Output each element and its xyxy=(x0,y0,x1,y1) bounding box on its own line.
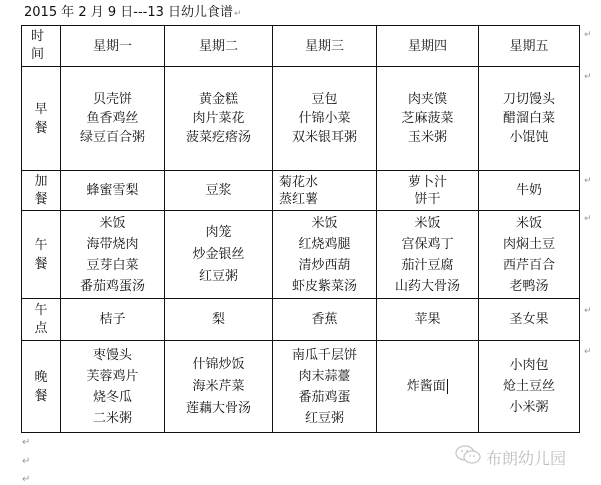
watermark: 布朗幼儿园 xyxy=(454,444,566,470)
paragraph-mark: ↵ xyxy=(22,474,30,485)
dish: 桔子 xyxy=(61,310,164,329)
dish: 什锦小菜 xyxy=(273,109,376,128)
afternoon-snack-row: 午点 桔子 梨 香蕉 苹果 圣女果 xyxy=(22,299,580,341)
dish: 番茄鸡蛋 xyxy=(273,387,376,408)
dinner-row: 晚餐 枣馒头 芙蓉鸡片 烧冬瓜 二米粥 什锦炒饭 海米芹菜 莲藕大骨汤 南瓜千层… xyxy=(22,341,580,433)
day-header-fri[interactable]: 星期五 xyxy=(479,26,580,67)
dish: 牛奶 xyxy=(479,181,579,200)
dish: 圣女果 xyxy=(479,310,579,329)
row-end-mark: ↵ xyxy=(584,214,592,224)
dish: 海米芹菜 xyxy=(165,376,272,398)
dish: 苹果 xyxy=(377,310,478,329)
meal-label: 早餐 xyxy=(33,100,49,138)
dish: 米饭 xyxy=(479,213,579,234)
menu-cell[interactable]: 豆浆 xyxy=(165,171,273,211)
dish: 贝壳饼 xyxy=(61,90,164,109)
dish: 肉夹馍 xyxy=(377,90,478,109)
dish: 海带烧肉 xyxy=(61,234,164,255)
day-header-thu[interactable]: 星期四 xyxy=(377,26,479,67)
row-end-mark: ↵ xyxy=(584,72,592,82)
menu-cell[interactable]: 南瓜千层饼 肉末蒜薹 番茄鸡蛋 红豆粥 xyxy=(273,341,377,433)
breakfast-row: 早餐 贝壳饼 鱼香鸡丝 绿豆百合粥 黄金糕 肉片菜花 菠菜疙瘩汤 豆包 什锦小菜… xyxy=(22,67,580,171)
menu-cell[interactable]: 米饭 红烧鸡腿 清炒西葫 虾皮紫菜汤 xyxy=(273,211,377,299)
row-end-mark: ↵ xyxy=(584,176,592,186)
menu-cell[interactable]: 牛奶 xyxy=(479,171,580,211)
dish: 莲藕大骨汤 xyxy=(165,398,272,420)
wechat-icon xyxy=(454,444,482,470)
menu-cell[interactable]: 枣馒头 芙蓉鸡片 烧冬瓜 二米粥 xyxy=(61,341,165,433)
dish: 米饭 xyxy=(377,213,478,234)
menu-cell[interactable]: 小肉包 炝土豆丝 小米粥 xyxy=(479,341,580,433)
dish: 二米粥 xyxy=(61,408,164,429)
menu-cell[interactable]: 蜂蜜雪梨 xyxy=(61,171,165,211)
dish: 菊花水 xyxy=(279,174,376,191)
row-end-mark: ↵ xyxy=(584,30,592,40)
day-header-mon[interactable]: 星期一 xyxy=(61,26,165,67)
menu-cell[interactable]: 圣女果 xyxy=(479,299,580,341)
dish: 炸酱面 xyxy=(407,379,446,394)
watermark-text: 布朗幼儿园 xyxy=(486,446,566,469)
menu-cell[interactable]: 梨 xyxy=(165,299,273,341)
dish: 枣馒头 xyxy=(61,345,164,366)
dish: 萝卜汁 xyxy=(377,174,478,191)
meal-label-cell[interactable]: 午餐 xyxy=(22,211,61,299)
dish: 红烧鸡腿 xyxy=(273,234,376,255)
menu-cell[interactable]: 黄金糕 肉片菜花 菠菜疙瘩汤 xyxy=(165,67,273,171)
dish: 番茄鸡蛋汤 xyxy=(61,276,164,297)
dish: 红豆粥 xyxy=(273,408,376,429)
dish: 什锦炒饭 xyxy=(165,354,272,376)
row-end-mark: ↵ xyxy=(584,306,592,316)
menu-cell[interactable]: 肉笼 炒金银丝 红豆粥 xyxy=(165,211,273,299)
lunch-row: 午餐 米饭 海带烧肉 豆芽白菜 番茄鸡蛋汤 肉笼 炒金银丝 红豆粥 米饭 红烧鸡… xyxy=(22,211,580,299)
menu-cell[interactable]: 豆包 什锦小菜 双米银耳粥 xyxy=(273,67,377,171)
dish: 菠菜疙瘩汤 xyxy=(165,128,272,147)
dish: 虾皮紫菜汤 xyxy=(273,276,376,297)
day-label: 星期四 xyxy=(408,39,447,54)
dish: 刀切馒头 xyxy=(479,90,579,109)
dish: 炝土豆丝 xyxy=(479,376,579,397)
dish: 宫保鸡丁 xyxy=(377,234,478,255)
menu-cell[interactable]: 香蕉 xyxy=(273,299,377,341)
day-label: 星期三 xyxy=(305,39,344,54)
menu-cell[interactable]: 米饭 海带烧肉 豆芽白菜 番茄鸡蛋汤 xyxy=(61,211,165,299)
menu-cell[interactable]: 菊花水 蒸红薯 xyxy=(273,171,377,211)
title-text: 2015 年 2 月 9 日---13 日幼儿食谱 xyxy=(24,5,233,20)
dish: 南瓜千层饼 xyxy=(273,345,376,366)
meal-label-cell[interactable]: 午点 xyxy=(22,299,61,341)
meal-label-cell[interactable]: 晚餐 xyxy=(22,341,61,433)
dish: 山药大骨汤 xyxy=(377,276,478,297)
menu-cell[interactable]: 什锦炒饭 海米芹菜 莲藕大骨汤 xyxy=(165,341,273,433)
menu-cell[interactable]: 炸酱面 xyxy=(377,341,479,433)
day-label: 星期二 xyxy=(199,39,238,54)
meal-label-cell[interactable]: 加餐 xyxy=(22,171,61,211)
menu-cell[interactable]: 刀切馒头 醋溜白菜 小馄饨 xyxy=(479,67,580,171)
dish: 老鸭汤 xyxy=(479,276,579,297)
menu-cell[interactable]: 贝壳饼 鱼香鸡丝 绿豆百合粥 xyxy=(61,67,165,171)
meal-label: 午餐 xyxy=(33,236,49,274)
dish: 黄金糕 xyxy=(165,90,272,109)
meal-label-cell[interactable]: 早餐 xyxy=(22,67,61,171)
dish: 西芹百合 xyxy=(479,255,579,276)
day-header-tue[interactable]: 星期二 xyxy=(165,26,273,67)
dish: 清炒西葫 xyxy=(273,255,376,276)
dish: 红豆粥 xyxy=(165,266,272,288)
paragraph-mark: ↵ xyxy=(22,456,30,467)
menu-cell[interactable]: 米饭 肉焖土豆 西芹百合 老鸭汤 xyxy=(479,211,580,299)
dish: 米饭 xyxy=(273,213,376,234)
time-header-cell[interactable]: 时间 xyxy=(22,26,61,67)
dish: 芝麻菠菜 xyxy=(377,109,478,128)
meal-label: 晚餐 xyxy=(33,368,49,406)
dish: 小馄饨 xyxy=(479,128,579,147)
dish: 肉末蒜薹 xyxy=(273,366,376,387)
dish: 豆浆 xyxy=(165,181,272,200)
row-end-mark: ↵ xyxy=(584,347,592,357)
menu-cell[interactable]: 肉夹馍 芝麻菠菜 玉米粥 xyxy=(377,67,479,171)
menu-cell[interactable]: 萝卜汁 饼干 xyxy=(377,171,479,211)
dish: 鱼香鸡丝 xyxy=(61,109,164,128)
day-label: 星期一 xyxy=(93,39,132,54)
menu-cell[interactable]: 苹果 xyxy=(377,299,479,341)
dish: 芙蓉鸡片 xyxy=(61,366,164,387)
document-title: 2015 年 2 月 9 日---13 日幼儿食谱↵ xyxy=(24,4,242,23)
dish: 蒸红薯 xyxy=(279,191,376,208)
dish: 豆包 xyxy=(273,90,376,109)
dish: 蜂蜜雪梨 xyxy=(61,181,164,200)
dish: 饼干 xyxy=(377,191,478,208)
dish: 米饭 xyxy=(61,213,164,234)
day-header-wed[interactable]: 星期三 xyxy=(273,26,377,67)
menu-cell[interactable]: 桔子 xyxy=(61,299,165,341)
time-label: 时间 xyxy=(31,28,51,64)
dish: 梨 xyxy=(165,310,272,329)
dish: 绿豆百合粥 xyxy=(61,128,164,147)
dish: 肉笼 xyxy=(165,222,272,244)
dish: 香蕉 xyxy=(273,310,376,329)
paragraph-mark: ↵ xyxy=(234,9,242,19)
dish: 烧冬瓜 xyxy=(61,387,164,408)
snack-row: 加餐 蜂蜜雪梨 豆浆 菊花水 蒸红薯 萝卜汁 饼干 牛奶 xyxy=(22,171,580,211)
dish: 小肉包 xyxy=(479,355,579,376)
dish: 炒金银丝 xyxy=(165,244,272,266)
menu-cell[interactable]: 米饭 宫保鸡丁 茄汁豆腐 山药大骨汤 xyxy=(377,211,479,299)
header-row: 时间 星期一 星期二 星期三 星期四 星期五 xyxy=(22,26,580,67)
dish: 茄汁豆腐 xyxy=(377,255,478,276)
dish: 肉焖土豆 xyxy=(479,234,579,255)
dish: 双米银耳粥 xyxy=(273,128,376,147)
dish: 玉米粥 xyxy=(377,128,478,147)
dish: 醋溜白菜 xyxy=(479,109,579,128)
dish: 豆芽白菜 xyxy=(61,255,164,276)
meal-label: 午点 xyxy=(33,302,49,338)
meal-label: 加餐 xyxy=(33,173,49,209)
paragraph-mark: ↵ xyxy=(22,437,30,448)
text-cursor xyxy=(447,379,449,394)
menu-table: 时间 星期一 星期二 星期三 星期四 星期五 早餐 贝壳饼 鱼香鸡丝 绿豆百合粥… xyxy=(21,25,580,433)
day-label: 星期五 xyxy=(509,39,548,54)
dish: 小米粥 xyxy=(479,397,579,418)
dish: 肉片菜花 xyxy=(165,109,272,128)
